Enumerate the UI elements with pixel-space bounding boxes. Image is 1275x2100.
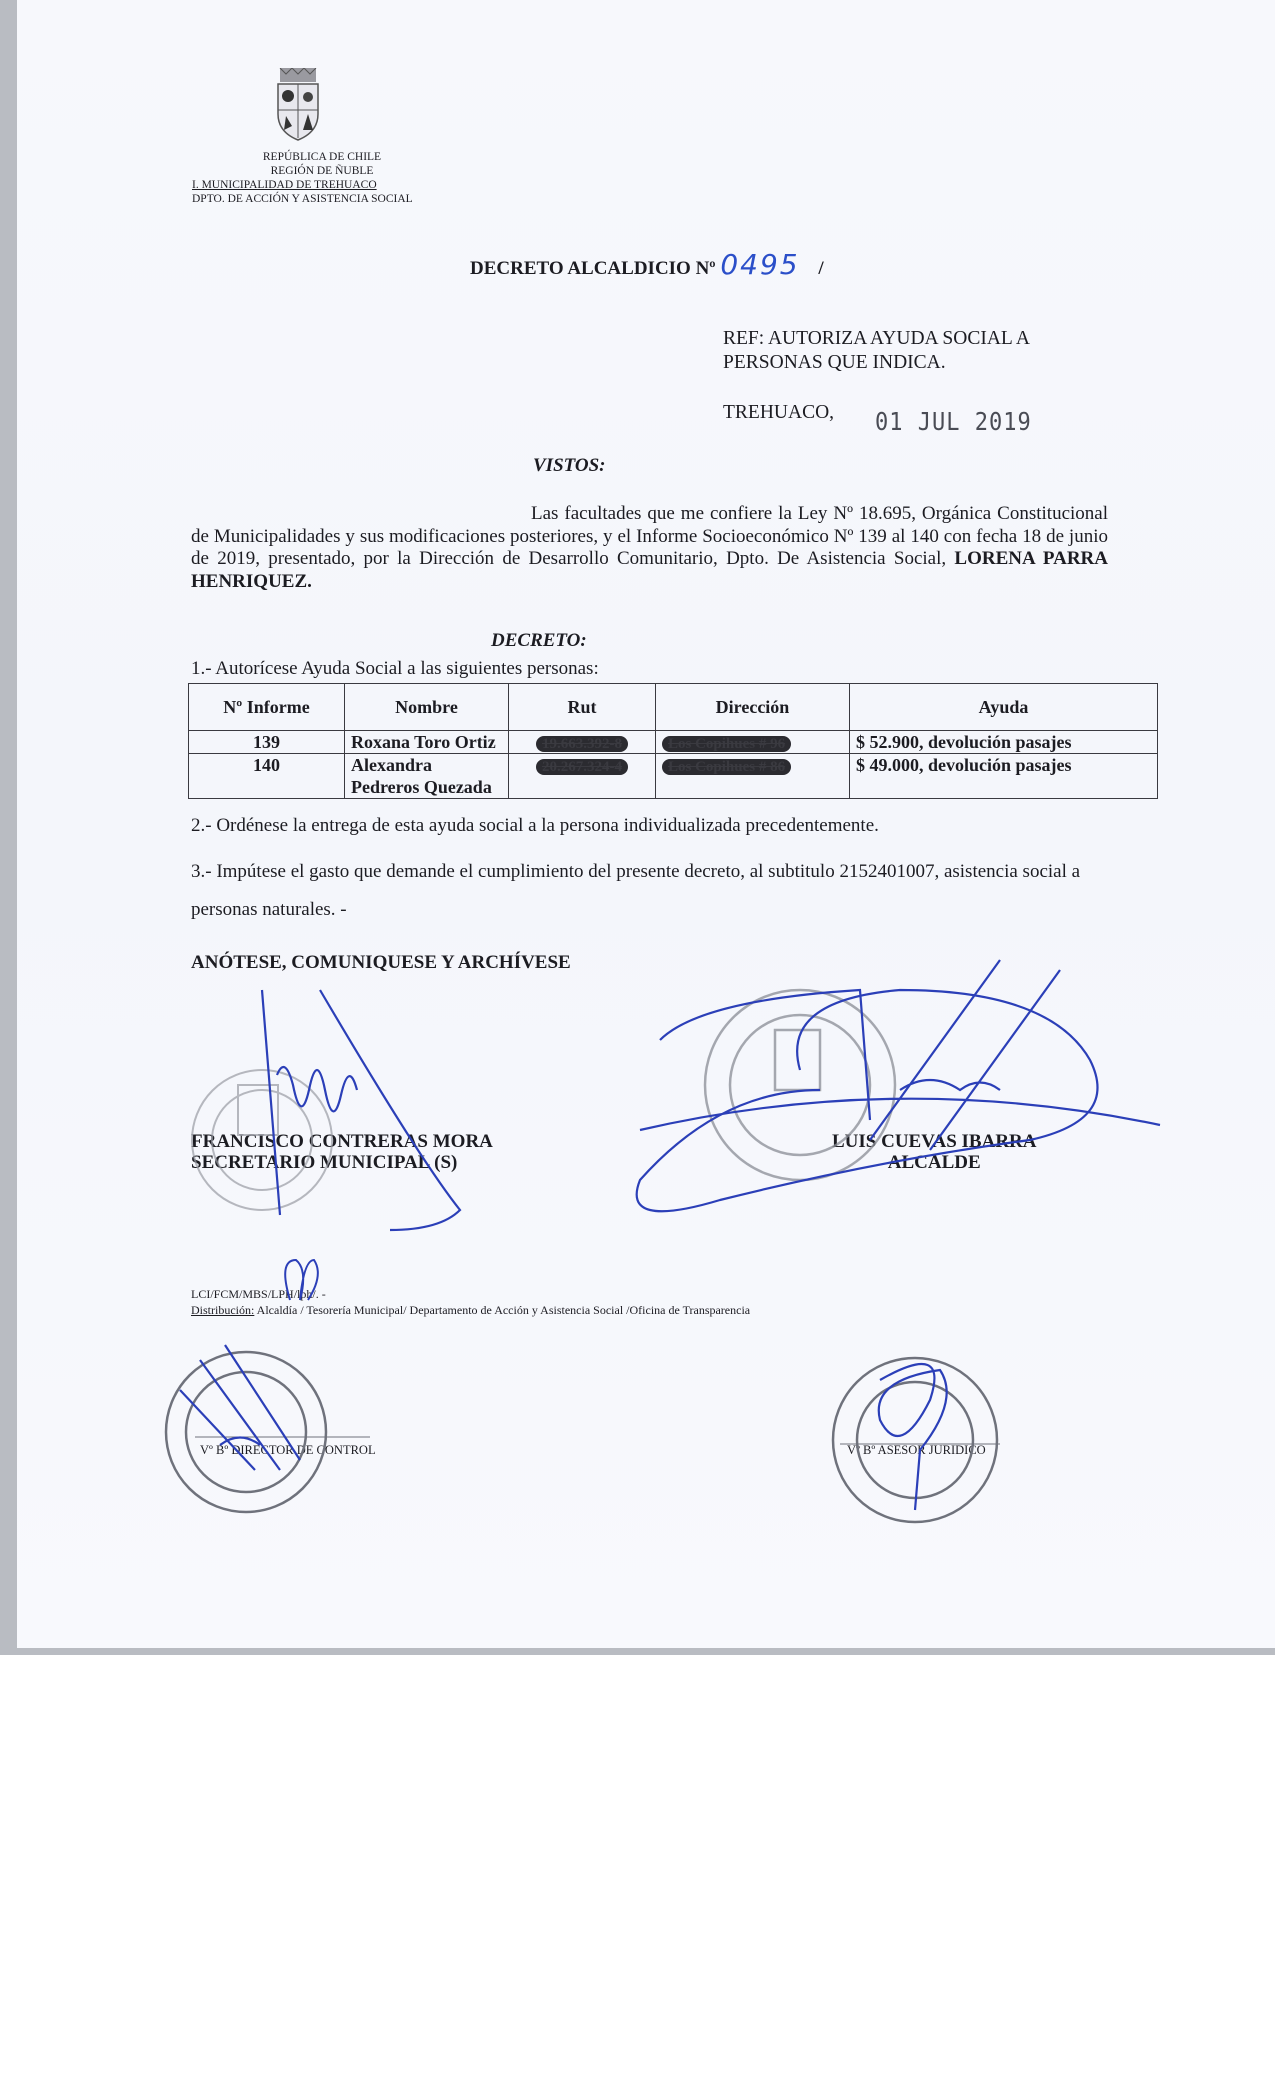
cell-rut-redacted: 20.267.324-4 bbox=[509, 754, 656, 799]
letterhead: REPÚBLICA DE CHILE REGIÓN DE ÑUBLE I. MU… bbox=[192, 150, 452, 206]
header-direccion: Dirección bbox=[656, 684, 850, 731]
place: TREHUACO, bbox=[723, 402, 834, 424]
decree-title: DECRETO ALCALDICIO Nº 0495 / bbox=[470, 248, 824, 281]
cell-ayuda: $ 49.000, devolución pasajes bbox=[850, 754, 1158, 799]
table-header-row: Nº Informe Nombre Rut Dirección Ayuda bbox=[189, 684, 1158, 731]
vistos-heading: VISTOS: bbox=[533, 455, 606, 477]
cell-informe: 139 bbox=[189, 731, 345, 754]
letterhead-line-municipality: I. MUNICIPALIDAD DE TREHUACO bbox=[192, 178, 452, 192]
header-ayuda: Ayuda bbox=[850, 684, 1158, 731]
signature-block-secretary: FRANCISCO CONTRERAS MORA SECRETARIO MUNI… bbox=[191, 1131, 493, 1173]
cell-nombre: Roxana Toro Ortiz bbox=[345, 731, 509, 754]
approval-legal-label: Vº Bº ASESOR JURIDICO bbox=[847, 1443, 986, 1458]
decree-title-suffix: / bbox=[818, 258, 823, 279]
date-stamp: 01 JUL 2019 bbox=[875, 408, 1032, 437]
signatory-name: LUIS CUEVAS IBARRA bbox=[832, 1131, 1036, 1152]
decreto-heading: DECRETO: bbox=[491, 630, 587, 652]
decreto-item-1: 1.- Autorícese Ayuda Social a las siguie… bbox=[191, 658, 599, 680]
decreto-item-2: 2.- Ordénese la entrega de esta ayuda so… bbox=[191, 815, 879, 837]
approval-control-label: Vº Bº DIRECTOR DE CONTROL bbox=[200, 1443, 376, 1458]
letterhead-line-country: REPÚBLICA DE CHILE bbox=[192, 150, 452, 164]
reference-block: REF: AUTORIZA AYUDA SOCIAL A PERSONAS QU… bbox=[723, 327, 1143, 375]
cell-nombre: Alexandra Pedreros Quezada bbox=[345, 754, 509, 799]
decree-number-handwritten: 0495 bbox=[720, 248, 799, 281]
cell-direccion-redacted: Los Copihues # 86 bbox=[656, 754, 850, 799]
signature-block-mayor: LUIS CUEVAS IBARRA ALCALDE bbox=[832, 1131, 1036, 1173]
signatory-role: SECRETARIO MUNICIPAL (S) bbox=[191, 1152, 493, 1173]
distribution-list: Distribución: Alcaldía / Tesorería Munic… bbox=[191, 1303, 750, 1318]
decree-title-prefix: DECRETO ALCALDICIO Nº bbox=[470, 258, 716, 279]
reference-line-1: REF: AUTORIZA AYUDA SOCIAL A bbox=[723, 327, 1143, 351]
cell-informe: 140 bbox=[189, 754, 345, 799]
letterhead-line-department: DPTO. DE ACCIÓN Y ASISTENCIA SOCIAL bbox=[192, 192, 452, 206]
coat-of-arms-icon bbox=[274, 68, 322, 148]
table-row: 139 Roxana Toro Ortiz 19.663.392-8 Los C… bbox=[189, 731, 1158, 754]
distribution-label: Distribución: bbox=[191, 1303, 254, 1317]
closing-formula: ANÓTESE, COMUNIQUESE Y ARCHÍVESE bbox=[191, 952, 571, 974]
signatory-role: ALCALDE bbox=[832, 1152, 1036, 1173]
header-nombre: Nombre bbox=[345, 684, 509, 731]
reference-line-2: PERSONAS QUE INDICA. bbox=[723, 351, 1143, 375]
reference-initials: LCI/FCM/MBS/LPH/lph/. - bbox=[191, 1287, 326, 1302]
header-rut: Rut bbox=[509, 684, 656, 731]
header-informe: Nº Informe bbox=[189, 684, 345, 731]
cell-rut-redacted: 19.663.392-8 bbox=[509, 731, 656, 754]
beneficiaries-table: Nº Informe Nombre Rut Dirección Ayuda 13… bbox=[188, 683, 1158, 799]
cell-ayuda: $ 52.900, devolución pasajes bbox=[850, 731, 1158, 754]
vistos-paragraph: Las facultades que me confiere la Ley Nº… bbox=[191, 503, 1108, 593]
table-row: 140 Alexandra Pedreros Quezada 20.267.32… bbox=[189, 754, 1158, 799]
cell-direccion-redacted: Los Copihues # 96 bbox=[656, 731, 850, 754]
distribution-text: Alcaldía / Tesorería Municipal/ Departam… bbox=[254, 1303, 750, 1317]
signatory-name: FRANCISCO CONTRERAS MORA bbox=[191, 1131, 493, 1152]
decreto-item-3: 3.- Impútese el gasto que demande el cum… bbox=[191, 853, 1111, 929]
letterhead-line-region: REGIÓN DE ÑUBLE bbox=[192, 164, 452, 178]
